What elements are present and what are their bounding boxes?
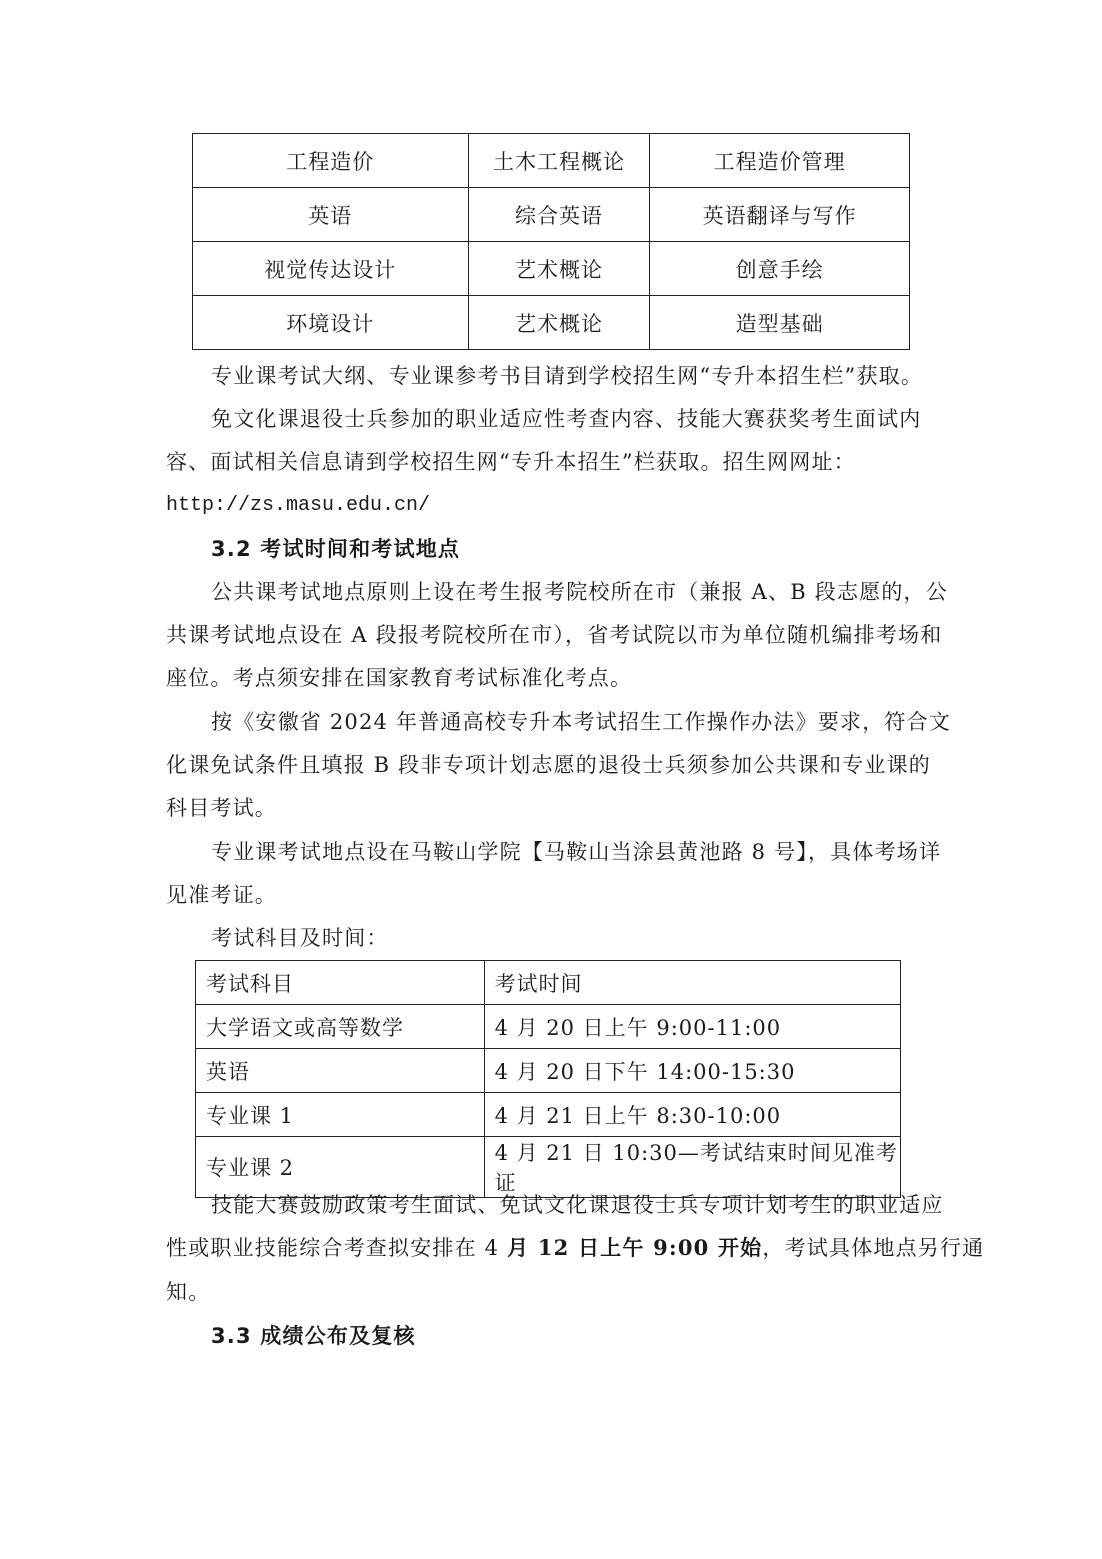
text-segment: 性或职业技能综合考查拟安排在 4 (166, 1236, 507, 1260)
table-row: 英语 4 月 20 日下午 14:00-15:30 (196, 1049, 901, 1093)
time-cell: 4 月 20 日下午 14:00-15:30 (484, 1049, 900, 1093)
paragraph-interview-info-cont: 容、面试相关信息请到学校招生网“专升本招生”栏获取。招生网网址： (166, 447, 856, 477)
majors-subjects-table: 工程造价 土木工程概论 工程造价管理 英语 综合英语 英语翻译与写作 视觉传达设… (192, 133, 910, 350)
table-row: 大学语文或高等数学 4 月 20 日上午 9:00-11:00 (196, 1005, 901, 1049)
section-heading-3-2: 3.2 考试时间和考试地点 (211, 534, 460, 564)
column-header-subject: 考试科目 (196, 961, 485, 1005)
paragraph-public-exam-location: 公共课考试地点原则上设在考生报考院校所在市（兼报 A、B 段志愿的，公 (211, 577, 948, 607)
major-cell: 工程造价 (193, 134, 469, 188)
subject-cell: 艺术概论 (468, 242, 650, 296)
paragraph-veterans-rule-cont: 化课免试条件且填报 B 段非专项计划志愿的退役士兵须参加公共课和专业课的 (166, 750, 931, 780)
paragraph-public-exam-location-cont: 共课考试地点设在 A 段报考院校所在市），省考试院以市为单位随机编排考场和 (166, 620, 942, 650)
time-cell: 4 月 21 日上午 8:30-10:00 (484, 1093, 900, 1137)
table-row: 环境设计 艺术概论 造型基础 (193, 296, 910, 350)
paragraph-public-exam-location-cont: 座位。考点须安排在国家教育考试标准化考点。 (166, 663, 632, 693)
paragraph-interview-info: 免文化课退役士兵参加的职业适应性考查内容、技能大赛获奖考生面试内 (211, 404, 921, 434)
table-row: 视觉传达设计 艺术概论 创意手绘 (193, 242, 910, 296)
subject-cell: 英语翻译与写作 (650, 188, 910, 242)
highlighted-date: 月 12 日上午 9:00 开始 (507, 1235, 762, 1260)
paragraph-major-exam-location-cont: 见准考证。 (166, 880, 277, 910)
subject-cell: 大学语文或高等数学 (196, 1005, 485, 1049)
table-header-row: 考试科目 考试时间 (196, 961, 901, 1005)
admissions-url-link[interactable]: http://zs.masu.edu.cn/ (166, 491, 430, 521)
subject-cell: 土木工程概论 (468, 134, 650, 188)
major-cell: 环境设计 (193, 296, 469, 350)
major-cell: 英语 (193, 188, 469, 242)
section-heading-3-3: 3.3 成绩公布及复核 (211, 1321, 416, 1351)
subject-cell: 专业课 2 (196, 1137, 485, 1198)
table-row: 专业课 1 4 月 21 日上午 8:30-10:00 (196, 1093, 901, 1137)
paragraph-veterans-rule: 按《安徽省 2024 年普通高校专升本考试招生工作操作办法》要求，符合文 (211, 707, 951, 737)
paragraph-skills-interview-cont: 性或职业技能综合考查拟安排在 4 月 12 日上午 9:00 开始，考试具体地点… (166, 1233, 984, 1263)
table-row: 英语 综合英语 英语翻译与写作 (193, 188, 910, 242)
time-cell: 4 月 20 日上午 9:00-11:00 (484, 1005, 900, 1049)
subject-cell: 专业课 1 (196, 1093, 485, 1137)
subject-cell: 造型基础 (650, 296, 910, 350)
paragraph-skills-interview-cont: 知。 (166, 1277, 210, 1307)
subject-cell: 创意手绘 (650, 242, 910, 296)
text-segment: ，考试具体地点另行通 (762, 1236, 984, 1260)
table-row: 工程造价 土木工程概论 工程造价管理 (193, 134, 910, 188)
exam-schedule-table: 考试科目 考试时间 大学语文或高等数学 4 月 20 日上午 9:00-11:0… (195, 960, 901, 1198)
paragraph-veterans-rule-cont: 科目考试。 (166, 793, 277, 823)
subject-cell: 工程造价管理 (650, 134, 910, 188)
subject-cell: 英语 (196, 1049, 485, 1093)
table-row: 专业课 2 4 月 21 日 10:30—考试结束时间见准考证 (196, 1137, 901, 1198)
paragraph-syllabus: 专业课考试大纲、专业课参考书目请到学校招生网“专升本招生栏”获取。 (211, 361, 923, 391)
column-header-time: 考试时间 (484, 961, 900, 1005)
paragraph-skills-interview: 技能大赛鼓励政策考生面试、免试文化课退役士兵专项计划考生的职业适应 (211, 1190, 944, 1220)
paragraph-major-exam-location: 专业课考试地点设在马鞍山学院【马鞍山当涂县黄池路 8 号】，具体考场详 (211, 837, 941, 867)
schedule-caption: 考试科目及时间： (211, 923, 389, 953)
time-cell: 4 月 21 日 10:30—考试结束时间见准考证 (484, 1137, 900, 1198)
subject-cell: 综合英语 (468, 188, 650, 242)
subject-cell: 艺术概论 (468, 296, 650, 350)
major-cell: 视觉传达设计 (193, 242, 469, 296)
document-page: 工程造价 土木工程概论 工程造价管理 英语 综合英语 英语翻译与写作 视觉传达设… (0, 0, 1102, 1559)
